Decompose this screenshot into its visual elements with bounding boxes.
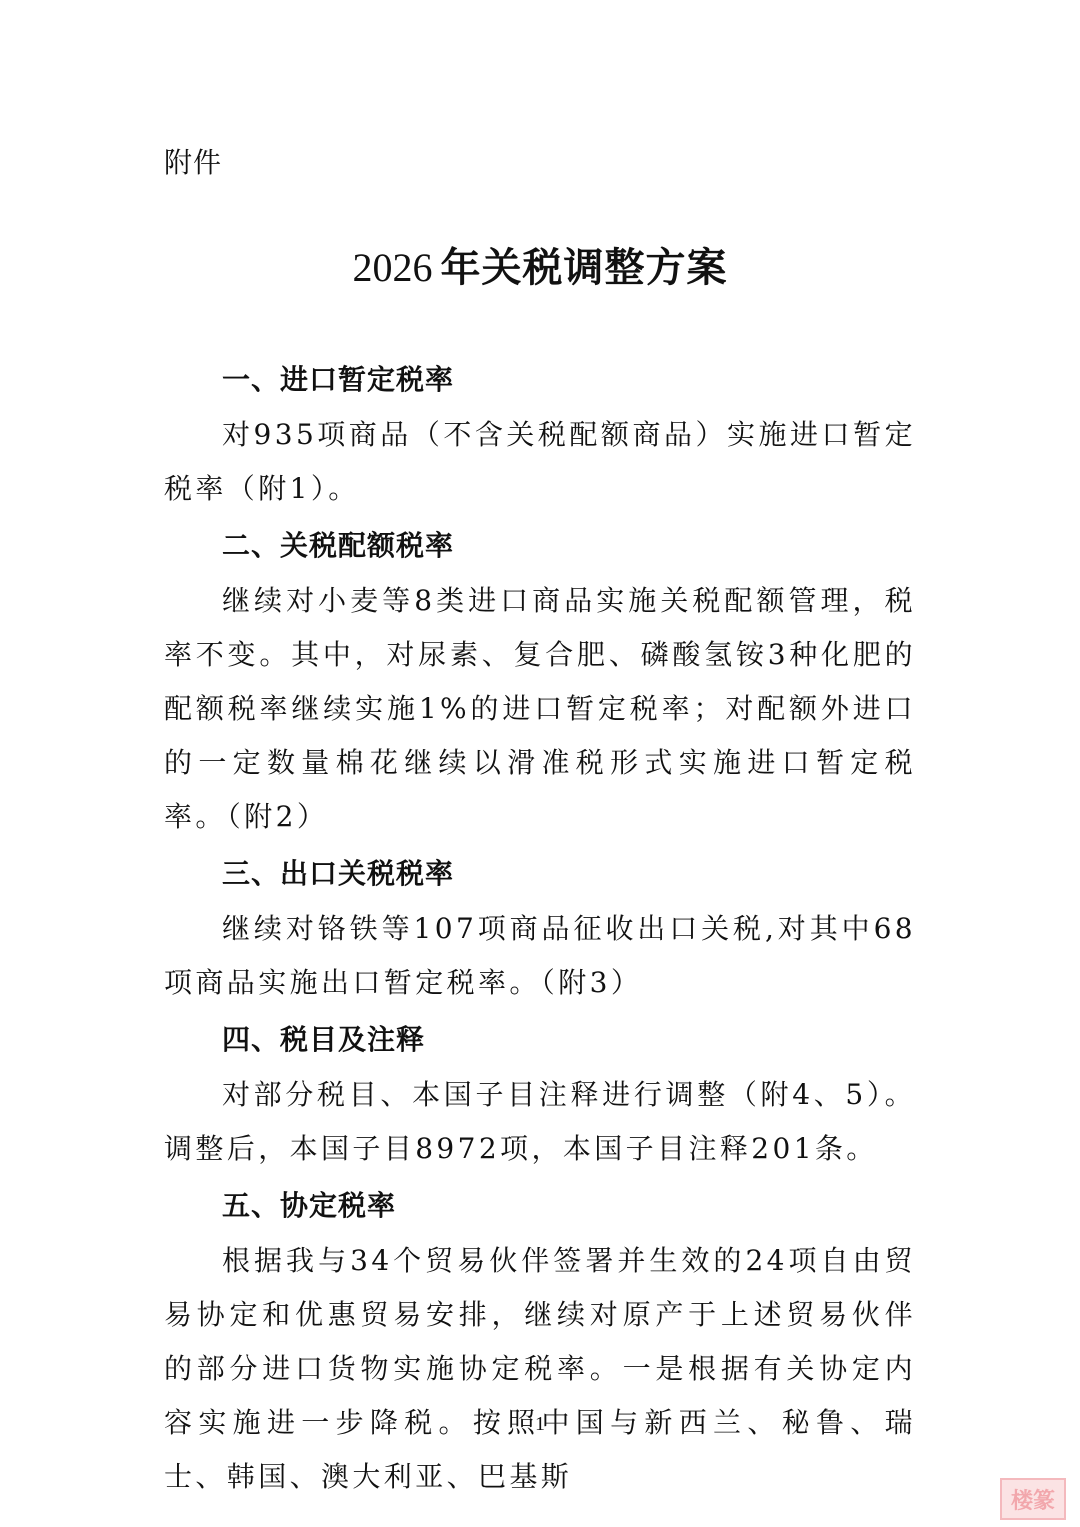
title-text: 年关税调整方案	[441, 244, 728, 291]
section-heading-5: 五、协定税率	[164, 1178, 916, 1234]
section-paragraph-5: 根据我与34个贸易伙伴签署并生效的24项自由贸易协定和优惠贸易安排，继续对原产于…	[164, 1234, 916, 1504]
page-number: 1	[0, 1412, 1080, 1436]
document-title: 2026年关税调整方案	[0, 240, 1080, 296]
section-paragraph-2: 继续对小麦等8类进口商品实施关税配额管理，税率不变。其中，对尿素、复合肥、磷酸氢…	[164, 574, 916, 844]
section-heading-2: 二、关税配额税率	[164, 518, 916, 574]
title-year: 2026	[353, 245, 433, 290]
document-page: 附件 2026年关税调整方案 一、进口暂定税率 对935项商品（不含关税配额商品…	[0, 0, 1080, 1527]
section-paragraph-1: 对935项商品（不含关税配额商品）实施进口暂定税率（附1）。	[164, 408, 916, 516]
section-heading-4: 四、税目及注释	[164, 1012, 916, 1068]
section-paragraph-4: 对部分税目、本国子目注释进行调整（附4、5）。调整后，本国子目8972项，本国子…	[164, 1068, 916, 1176]
watermark-seal-icon: 楼篆	[1000, 1478, 1066, 1520]
section-paragraph-3: 继续对铬铁等107项商品征收出口关税,对其中68项商品实施出口暂定税率。（附3）	[164, 902, 916, 1010]
attachment-label: 附件	[164, 143, 222, 183]
section-heading-3: 三、出口关税税率	[164, 846, 916, 902]
document-body: 一、进口暂定税率 对935项商品（不含关税配额商品）实施进口暂定税率（附1）。 …	[164, 352, 916, 1504]
section-heading-1: 一、进口暂定税率	[164, 352, 916, 408]
